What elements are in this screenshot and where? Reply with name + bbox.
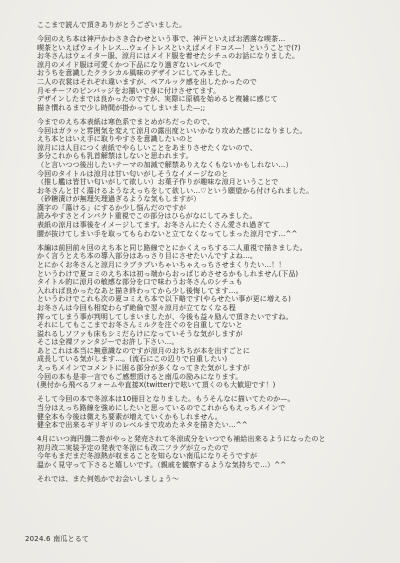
paragraph: 今回のえち本は神戸かわさき合わせという事で、神戸といえばお洒落な喫茶…喫茶といえ… <box>37 35 396 112</box>
text-line: タイトル的に涼月の敏感な部分を口で味わうお冬さんのシチュも <box>37 278 396 287</box>
text-line: それにしてもここまでお冬さんミルクを注ぐのを自重してないと <box>37 321 396 330</box>
text-line: 今までのえち本表紙は寒色系でまとめがちだったので、 <box>37 118 396 127</box>
paragraph: そして今回の本で冬涼本は10冊目となりました。もうそんなに描いてたのか—。当分は… <box>37 395 396 429</box>
text-line: 月モチーフのピンバッジをお揃いで身に付けさせてます。 <box>37 87 396 96</box>
text-line: 健全本で出来るギリギリのレベルまで攻めたネタを描きたい…^^ <box>37 421 396 430</box>
text-line: 漢字の「蕩ける」にするか少し悩んだのですが <box>37 204 396 213</box>
afterword-text: ここまで読んで頂きありがとうございました。今回のえち本は神戸かわさき合わせという… <box>37 21 396 492</box>
text-line: おうちを意識したクラシカル風味のデザインにしてみました。 <box>37 69 396 78</box>
text-line: 腰が抜けてしまい手を取ってもらわないと立てなくなってしまった涼月です…^^ <box>37 230 396 239</box>
paragraph: 4月にいつ海円盤二巻がやっと発売されて冬涼成分をいつでも補給出来るようになったの… <box>37 435 396 469</box>
paragraph: それでは、また何処かでお会いしましょう〜 <box>37 475 396 484</box>
text-line: 今回の本も是非一言でもご感想頂けると南瓜の励みになります。 <box>37 373 396 382</box>
text-line: 溢れるしソファも床もシミだらけになっていそうな気がしますが <box>37 330 396 339</box>
text-line: 多分これからも乳首解禁はしないと思われます。 <box>37 152 396 161</box>
text-line: 健全本も今後は微えち要素が増えていくかもしれません。 <box>37 413 396 422</box>
text-line: お冬さんはウェイター服、涼月にはメイド服を着せたシチュのお話になりました。 <box>37 52 396 61</box>
text-line: デザインしたまでは良かったのですが、実際に原稿を始めると複雑に感じて <box>37 95 396 104</box>
paragraph: ここまで読んで頂きありがとうございました。 <box>37 21 396 30</box>
text-line: 表紙の涼月は事後をイメージしてます。お冬さんにたくさん愛され過ぎて <box>37 221 396 230</box>
text-line: 今回のタイトルは涼月は甘い匂いがしそうなイメージなのと <box>37 170 396 179</box>
signature-date: 2024.6 南瓜とるて <box>25 534 89 544</box>
text-line: 涼月には人目につく表紙でやらしいことをあまりさせたくないので、 <box>37 144 396 153</box>
text-line: 今回はガラッと雰囲気を変えて涼月の露出度といいかなり攻めた感じになりました。 <box>37 127 396 136</box>
text-line: それでは、また何処かでお会いしましょう〜 <box>37 475 396 484</box>
text-line: というわけでこれも次の夏コミえち本で以下略です(やらせたい事が更に増える) <box>37 295 396 304</box>
text-line: 4月にいつ海円盤二巻がやっと発売されて冬涼成分をいつでも補給出来るようになったの… <box>37 435 396 444</box>
text-line: 読みやすさとインパクト重視でこの部分はひらがなにしてみました。 <box>37 212 396 221</box>
text-line: 初月改二実装予定の発表で冬涼にも改二フラグが立ったので <box>37 444 396 453</box>
text-line: お冬さんと甘く蕩けるようなえっちをして欲しい…♡という願望から付けられました。 <box>37 187 396 196</box>
text-line: 涼月のメイド服は可愛くかつ下品になり過ぎないレベルで <box>37 61 396 70</box>
text-line: そこは全裸ファンタジーでお許し下さい…。 <box>37 338 396 347</box>
text-line: 本編は前回前々回のえち本と同じ路線でとにかくえっちする二人重視で描きました。 <box>37 244 396 253</box>
text-line: 喫茶といえばウェイトレス…ウェイトレスといえばメイドコス—！ということで(?) <box>37 44 396 53</box>
paragraph: 今までのえち本表紙は寒色系でまとめがちだったので、今回はガラッと雰囲気を変えて涼… <box>37 118 396 238</box>
text-line: というわけで夏コミのえち本は初っ端からおっぱじめさせるかもしれません(下品) <box>37 270 396 279</box>
text-line: お冬さんは今回も相変わらず絶倫で翌々涼月が立てなくなる程 <box>37 304 396 313</box>
text-line: (奥付から飛べるフォームや直接X(twitter)で呟いて頂くのも大歓迎です！) <box>37 381 396 390</box>
text-line: （砂糖漬けが無理矢理過ぎるような気もしますが） <box>37 195 396 204</box>
text-line: ここまで読んで頂きありがとうございました。 <box>37 21 396 30</box>
text-line: 今年もまだまだ冬涼熱が収まることを知らない南瓜になりそうですが <box>37 452 396 461</box>
text-line: （と言いつつ後出したいテーマの加減で解禁ありえなくもないかもしれない…） <box>37 161 396 170</box>
text-line: 今回のえち本は神戸かわさき合わせという事で、神戸といえばお洒落な喫茶… <box>37 35 396 44</box>
text-line: 入れれば良かったなあと描き終わってから少し後悔してます…。 <box>37 287 396 296</box>
text-line: 搾ってしまう事が判明してしまいましたが、今後も益々励んで頂きたいですね。 <box>37 313 396 322</box>
text-line: そして今回の本で冬涼本は10冊目となりました。もうそんなに描いてたのか—。 <box>37 395 396 404</box>
text-line: 成長している気がします…。(流石にこの辺りで自重したい) <box>37 355 396 364</box>
text-line: とにかくお冬さんと涼月にラブラブいちゃいちゃえっちさせまくりたい…！！ <box>37 261 396 270</box>
text-line: 二人の衣裳はそれぞれ違いますが、ペアルック感を出したかったので <box>37 78 396 87</box>
afterword-page: ここまで読んで頂きありがとうございました。今回のえち本は神戸かわさき合わせという… <box>0 0 400 563</box>
text-line: えち本とはいえ手に取りやすさを意識したいのと <box>37 135 396 144</box>
paragraph: 本編は前回前々回のえち本と同じ路線でとにかくえっちする二人重視で描きました。かく… <box>37 244 396 390</box>
text-line: かく言うとえち本の導入部分はあっさり目にさせたいんですよね…。 <box>37 252 396 261</box>
text-line: 当分はえっち路線を強めにしたいと思っているのでこれからもえっちメインで <box>37 404 396 413</box>
text-line: （推し艦は皆甘い匂いがして欲しい）お菓子作りが趣味な涼月ということで <box>37 178 396 187</box>
text-line: 温かく見守って下さると嬉しいです。（親戚を観察するような気持ちで…）^^ <box>37 461 396 470</box>
text-line: えっちメインでコメントに困る部分が多くなってきた気がしますが <box>37 364 396 373</box>
text-line: 描き慣れるまで少し時間が掛かってしまいました—;; <box>37 104 396 113</box>
text-line: あとこれは本当に無意識なのですが涼月のおちちが本を出すごとに <box>37 347 396 356</box>
